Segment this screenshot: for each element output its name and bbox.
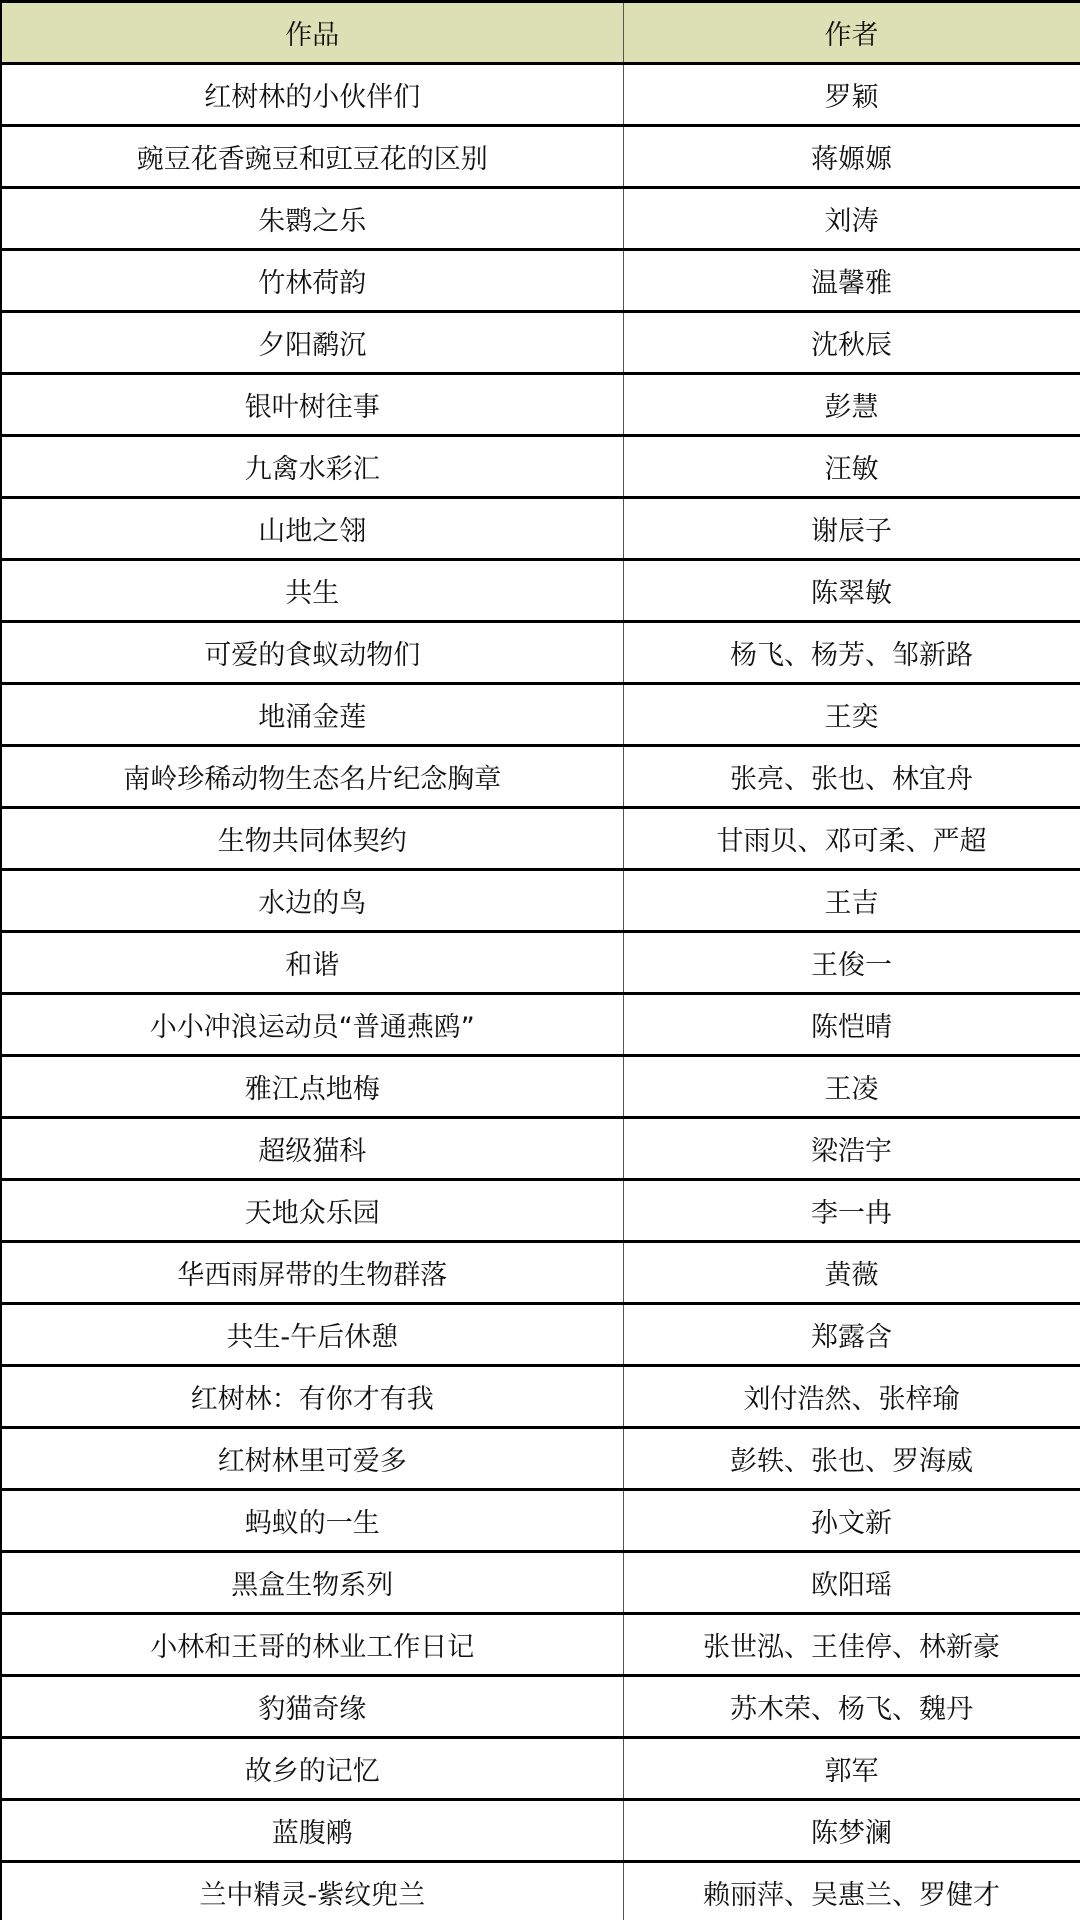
work-title-cell: 共生-午后休憩 bbox=[1, 1304, 623, 1366]
work-title-cell: 朱鹮之乐 bbox=[1, 188, 623, 250]
author-cell: 张世泓、王佳停、林新豪 bbox=[623, 1614, 1080, 1676]
work-title-cell: 银叶树往事 bbox=[1, 374, 623, 436]
header-row: 作品 作者 bbox=[1, 2, 1080, 64]
work-title-cell: 蚂蚁的一生 bbox=[1, 1490, 623, 1552]
author-cell: 王吉 bbox=[623, 870, 1080, 932]
author-cell: 欧阳瑶 bbox=[623, 1552, 1080, 1614]
table-row: 红树林：有你才有我刘付浩然、张梓瑜 bbox=[1, 1366, 1080, 1428]
work-title-cell: 红树林：有你才有我 bbox=[1, 1366, 623, 1428]
work-title-cell: 竹林荷韵 bbox=[1, 250, 623, 312]
work-title-cell: 超级猫科 bbox=[1, 1118, 623, 1180]
table-row: 可爱的食蚁动物们杨飞、杨芳、邹新路 bbox=[1, 622, 1080, 684]
author-cell: 谢辰子 bbox=[623, 498, 1080, 560]
author-cell: 王俊一 bbox=[623, 932, 1080, 994]
work-title-cell: 和谐 bbox=[1, 932, 623, 994]
work-title-cell: 故乡的记忆 bbox=[1, 1738, 623, 1800]
works-authors-table: 作品 作者 红树林的小伙伴们罗颖豌豆花香豌豆和豇豆花的区别蒋嫄嫄朱鹮之乐刘涛竹林… bbox=[0, 0, 1080, 1920]
table-row: 兰中精灵-紫纹兜兰赖丽萍、吴惠兰、罗健才 bbox=[1, 1862, 1080, 1920]
column-header-work: 作品 bbox=[1, 2, 623, 64]
work-title-cell: 黑盒生物系列 bbox=[1, 1552, 623, 1614]
author-cell: 王凌 bbox=[623, 1056, 1080, 1118]
table-row: 天地众乐园李一冉 bbox=[1, 1180, 1080, 1242]
author-cell: 苏木荣、杨飞、魏丹 bbox=[623, 1676, 1080, 1738]
work-title-cell: 山地之翎 bbox=[1, 498, 623, 560]
table-row: 蓝腹鹇陈梦澜 bbox=[1, 1800, 1080, 1862]
table-row: 超级猫科梁浩宇 bbox=[1, 1118, 1080, 1180]
table-row: 共生-午后休憩郑露含 bbox=[1, 1304, 1080, 1366]
author-cell: 彭慧 bbox=[623, 374, 1080, 436]
author-cell: 甘雨贝、邓可柔、严超 bbox=[623, 808, 1080, 870]
table-row: 黑盒生物系列欧阳瑶 bbox=[1, 1552, 1080, 1614]
work-title-cell: 南岭珍稀动物生态名片纪念胸章 bbox=[1, 746, 623, 808]
work-title-cell: 共生 bbox=[1, 560, 623, 622]
table-row: 豌豆花香豌豆和豇豆花的区别蒋嫄嫄 bbox=[1, 126, 1080, 188]
table-row: 地涌金莲王奕 bbox=[1, 684, 1080, 746]
work-title-cell: 水边的鸟 bbox=[1, 870, 623, 932]
work-title-cell: 小小冲浪运动员“普通燕鸥” bbox=[1, 994, 623, 1056]
work-title-cell: 小林和王哥的林业工作日记 bbox=[1, 1614, 623, 1676]
author-cell: 沈秋辰 bbox=[623, 312, 1080, 374]
work-title-cell: 雅江点地梅 bbox=[1, 1056, 623, 1118]
work-title-cell: 生物共同体契约 bbox=[1, 808, 623, 870]
author-cell: 李一冉 bbox=[623, 1180, 1080, 1242]
table-row: 九禽水彩汇汪敏 bbox=[1, 436, 1080, 498]
work-title-cell: 红树林里可爱多 bbox=[1, 1428, 623, 1490]
table-row: 小林和王哥的林业工作日记张世泓、王佳停、林新豪 bbox=[1, 1614, 1080, 1676]
table-row: 南岭珍稀动物生态名片纪念胸章张亮、张也、林宜舟 bbox=[1, 746, 1080, 808]
author-cell: 陈恺晴 bbox=[623, 994, 1080, 1056]
author-cell: 刘付浩然、张梓瑜 bbox=[623, 1366, 1080, 1428]
table-row: 和谐王俊一 bbox=[1, 932, 1080, 994]
author-cell: 汪敏 bbox=[623, 436, 1080, 498]
table-row: 朱鹮之乐刘涛 bbox=[1, 188, 1080, 250]
author-cell: 罗颖 bbox=[623, 64, 1080, 126]
work-title-cell: 地涌金莲 bbox=[1, 684, 623, 746]
column-header-author: 作者 bbox=[623, 2, 1080, 64]
table-row: 故乡的记忆郭军 bbox=[1, 1738, 1080, 1800]
work-title-cell: 豹猫奇缘 bbox=[1, 1676, 623, 1738]
work-title-cell: 蓝腹鹇 bbox=[1, 1800, 623, 1862]
author-cell: 杨飞、杨芳、邹新路 bbox=[623, 622, 1080, 684]
work-title-cell: 兰中精灵-紫纹兜兰 bbox=[1, 1862, 623, 1920]
table-row: 水边的鸟王吉 bbox=[1, 870, 1080, 932]
work-title-cell: 华西雨屏带的生物群落 bbox=[1, 1242, 623, 1304]
work-title-cell: 可爱的食蚁动物们 bbox=[1, 622, 623, 684]
table-row: 华西雨屏带的生物群落黄薇 bbox=[1, 1242, 1080, 1304]
table-row: 夕阳鹬沉沈秋辰 bbox=[1, 312, 1080, 374]
author-cell: 陈梦澜 bbox=[623, 1800, 1080, 1862]
table-row: 蚂蚁的一生孙文新 bbox=[1, 1490, 1080, 1552]
author-cell: 张亮、张也、林宜舟 bbox=[623, 746, 1080, 808]
table-row: 竹林荷韵温馨雅 bbox=[1, 250, 1080, 312]
author-cell: 温馨雅 bbox=[623, 250, 1080, 312]
author-cell: 陈翠敏 bbox=[623, 560, 1080, 622]
author-cell: 刘涛 bbox=[623, 188, 1080, 250]
author-cell: 黄薇 bbox=[623, 1242, 1080, 1304]
author-cell: 郑露含 bbox=[623, 1304, 1080, 1366]
author-cell: 赖丽萍、吴惠兰、罗健才 bbox=[623, 1862, 1080, 1920]
table-row: 雅江点地梅王凌 bbox=[1, 1056, 1080, 1118]
table-row: 豹猫奇缘苏木荣、杨飞、魏丹 bbox=[1, 1676, 1080, 1738]
table-row: 银叶树往事彭慧 bbox=[1, 374, 1080, 436]
table-row: 山地之翎谢辰子 bbox=[1, 498, 1080, 560]
work-title-cell: 九禽水彩汇 bbox=[1, 436, 623, 498]
work-title-cell: 天地众乐园 bbox=[1, 1180, 623, 1242]
author-cell: 王奕 bbox=[623, 684, 1080, 746]
author-cell: 蒋嫄嫄 bbox=[623, 126, 1080, 188]
table-row: 小小冲浪运动员“普通燕鸥”陈恺晴 bbox=[1, 994, 1080, 1056]
work-title-cell: 夕阳鹬沉 bbox=[1, 312, 623, 374]
table-row: 共生陈翠敏 bbox=[1, 560, 1080, 622]
table-row: 生物共同体契约甘雨贝、邓可柔、严超 bbox=[1, 808, 1080, 870]
table-row: 红树林里可爱多彭轶、张也、罗海威 bbox=[1, 1428, 1080, 1490]
table-row: 红树林的小伙伴们罗颖 bbox=[1, 64, 1080, 126]
author-cell: 彭轶、张也、罗海威 bbox=[623, 1428, 1080, 1490]
work-title-cell: 红树林的小伙伴们 bbox=[1, 64, 623, 126]
author-cell: 孙文新 bbox=[623, 1490, 1080, 1552]
work-title-cell: 豌豆花香豌豆和豇豆花的区别 bbox=[1, 126, 623, 188]
author-cell: 梁浩宇 bbox=[623, 1118, 1080, 1180]
author-cell: 郭军 bbox=[623, 1738, 1080, 1800]
